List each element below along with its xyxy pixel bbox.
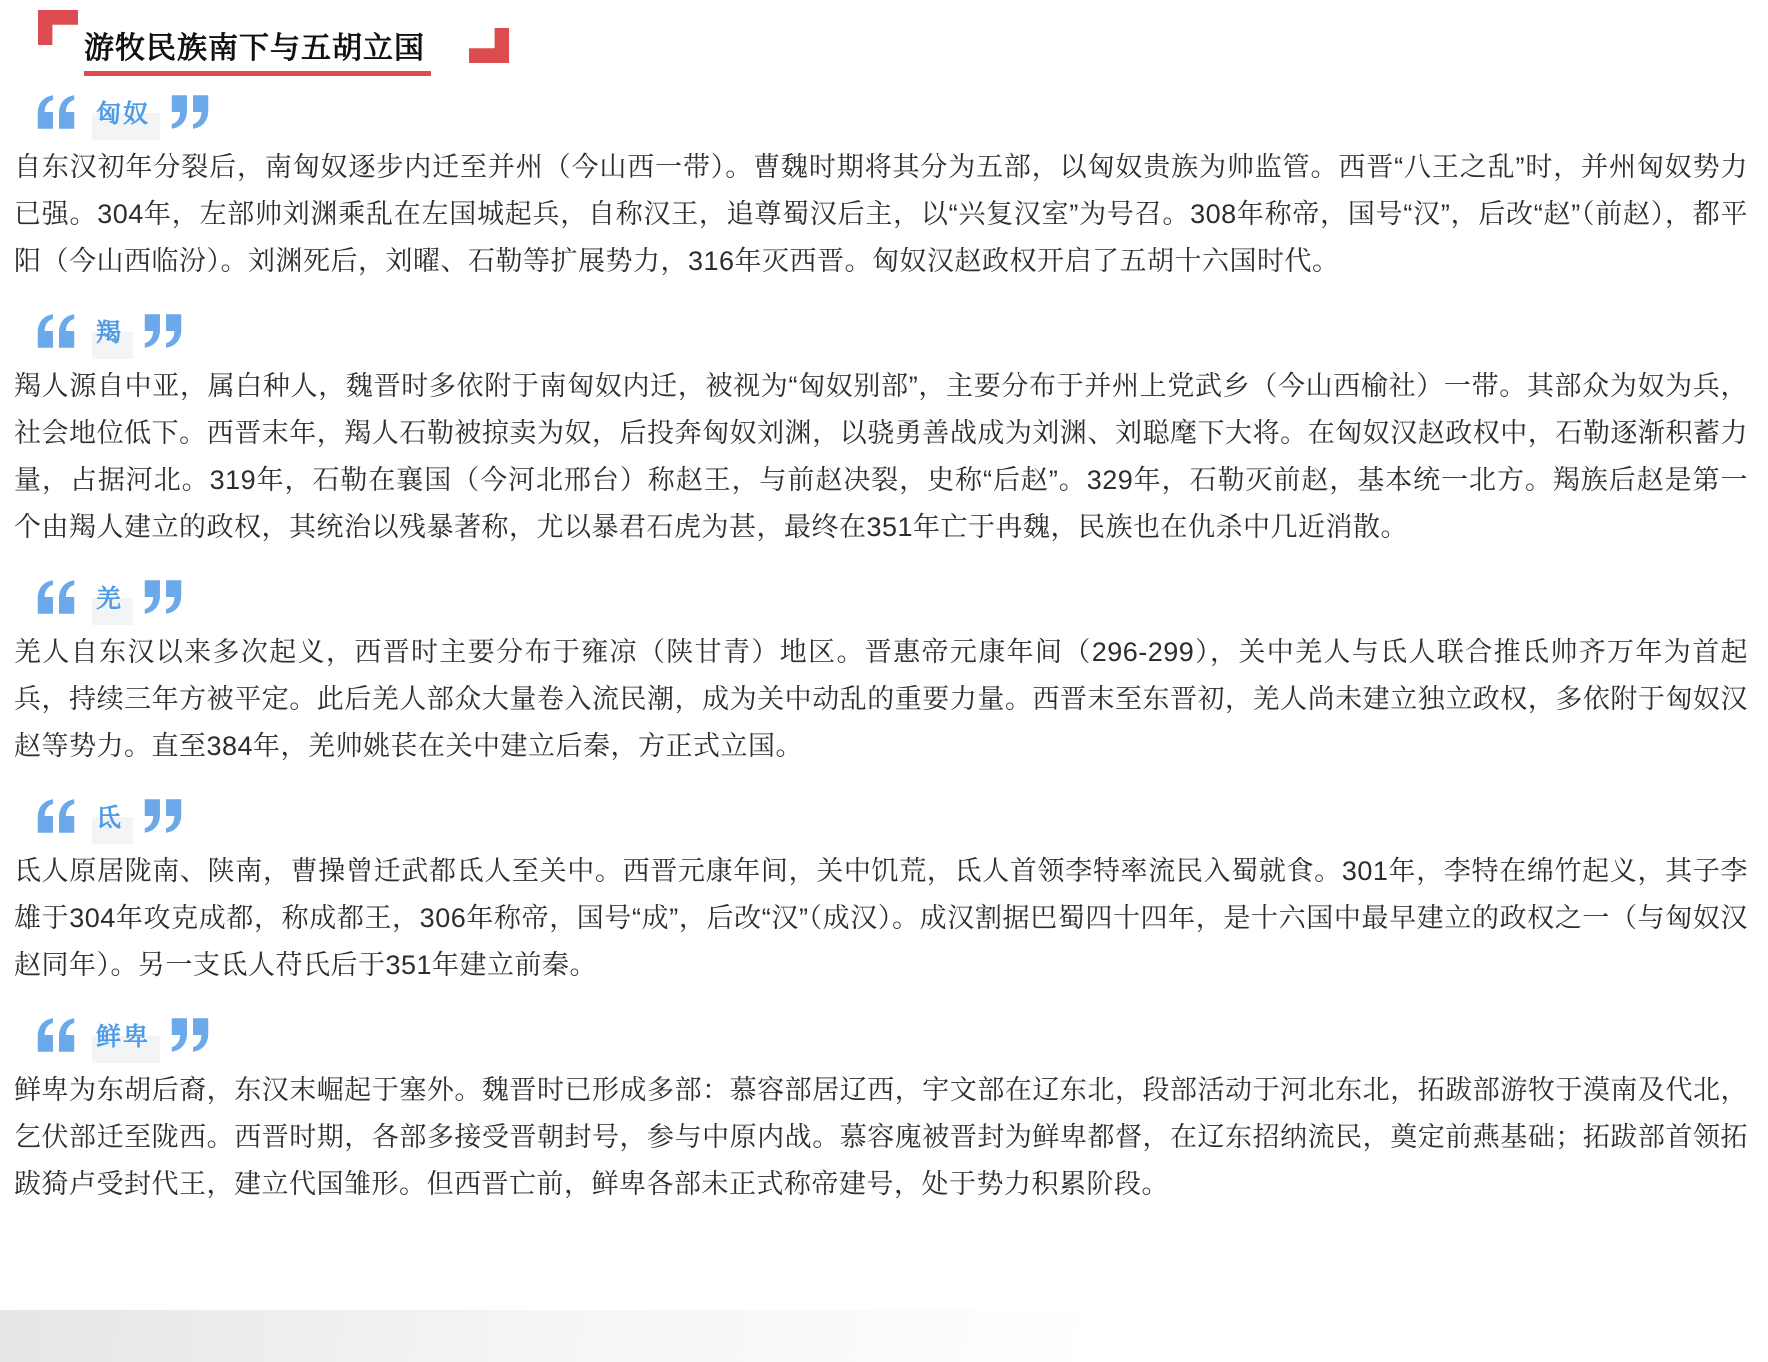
section-paragraph: 自东汉初年分裂后，南匈奴逐步内迁至并州（今山西一带）。曹魏时期将其分为五部，以匈… [14, 144, 1748, 285]
open-quote-icon [34, 1016, 78, 1054]
document-header: 游牧民族南下与五胡立国 [14, 0, 1748, 66]
red-corner-bracket-top-left-icon [38, 10, 78, 45]
section-name: 羯 [94, 313, 125, 349]
section-heading: 氐 [34, 794, 1748, 838]
page-title: 游牧民族南下与五胡立国 [84, 32, 431, 76]
section-paragraph: 羯人源自中亚，属白种人，魏晋时多依附于南匈奴内迁，被视为“匈奴别部”，主要分布于… [14, 363, 1748, 551]
section-heading: 鲜卑 [34, 1013, 1748, 1057]
section-heading: 匈奴 [34, 90, 1748, 134]
close-quote-icon [141, 578, 185, 616]
section-heading: 羌 [34, 575, 1748, 619]
section-heading: 羯 [34, 309, 1748, 353]
close-quote-icon [168, 93, 212, 131]
section-paragraph: 鲜卑为东胡后裔，东汉末崛起于塞外。魏晋时已形成多部：慕容部居辽西，宇文部在辽东北… [14, 1067, 1748, 1208]
section-name: 氐 [94, 798, 125, 834]
section-xianbei: 鲜卑 鲜卑为东胡后裔，东汉末崛起于塞外。魏晋时已形成多部：慕容部居辽西，宇文部在… [14, 1013, 1748, 1208]
section-name: 匈奴 [94, 94, 152, 130]
open-quote-icon [34, 312, 78, 350]
section-paragraph: 氐人原居陇南、陕南，曹操曾迁武都氐人至关中。西晋元康年间，关中饥荒，氐人首领李特… [14, 848, 1748, 989]
section-qiang: 羌 羌人自东汉以来多次起义，西晋时主要分布于雍凉（陕甘青）地区。晋惠帝元康年间（… [14, 575, 1748, 770]
open-quote-icon [34, 93, 78, 131]
section-paragraph: 羌人自东汉以来多次起义，西晋时主要分布于雍凉（陕甘青）地区。晋惠帝元康年间（29… [14, 629, 1748, 770]
section-name: 鲜卑 [94, 1017, 152, 1053]
section-name: 羌 [94, 579, 125, 615]
close-quote-icon [141, 797, 185, 835]
bottom-fade-gradient [0, 1310, 1768, 1362]
red-corner-bracket-bottom-right-icon [469, 28, 509, 63]
open-quote-icon [34, 797, 78, 835]
document-content: 游牧民族南下与五胡立国 匈奴 自东汉初年分裂后，南匈奴逐步内迁至并州（今山西一带… [0, 0, 1768, 1208]
close-quote-icon [168, 1016, 212, 1054]
close-quote-icon [141, 312, 185, 350]
section-xiongnu: 匈奴 自东汉初年分裂后，南匈奴逐步内迁至并州（今山西一带）。曹魏时期将其分为五部… [14, 90, 1748, 285]
open-quote-icon [34, 578, 78, 616]
section-jie: 羯 羯人源自中亚，属白种人，魏晋时多依附于南匈奴内迁，被视为“匈奴别部”，主要分… [14, 309, 1748, 551]
section-di: 氐 氐人原居陇南、陕南，曹操曾迁武都氐人至关中。西晋元康年间，关中饥荒，氐人首领… [14, 794, 1748, 989]
document-page: 游牧民族南下与五胡立国 匈奴 自东汉初年分裂后，南匈奴逐步内迁至并州（今山西一带… [0, 0, 1768, 1362]
